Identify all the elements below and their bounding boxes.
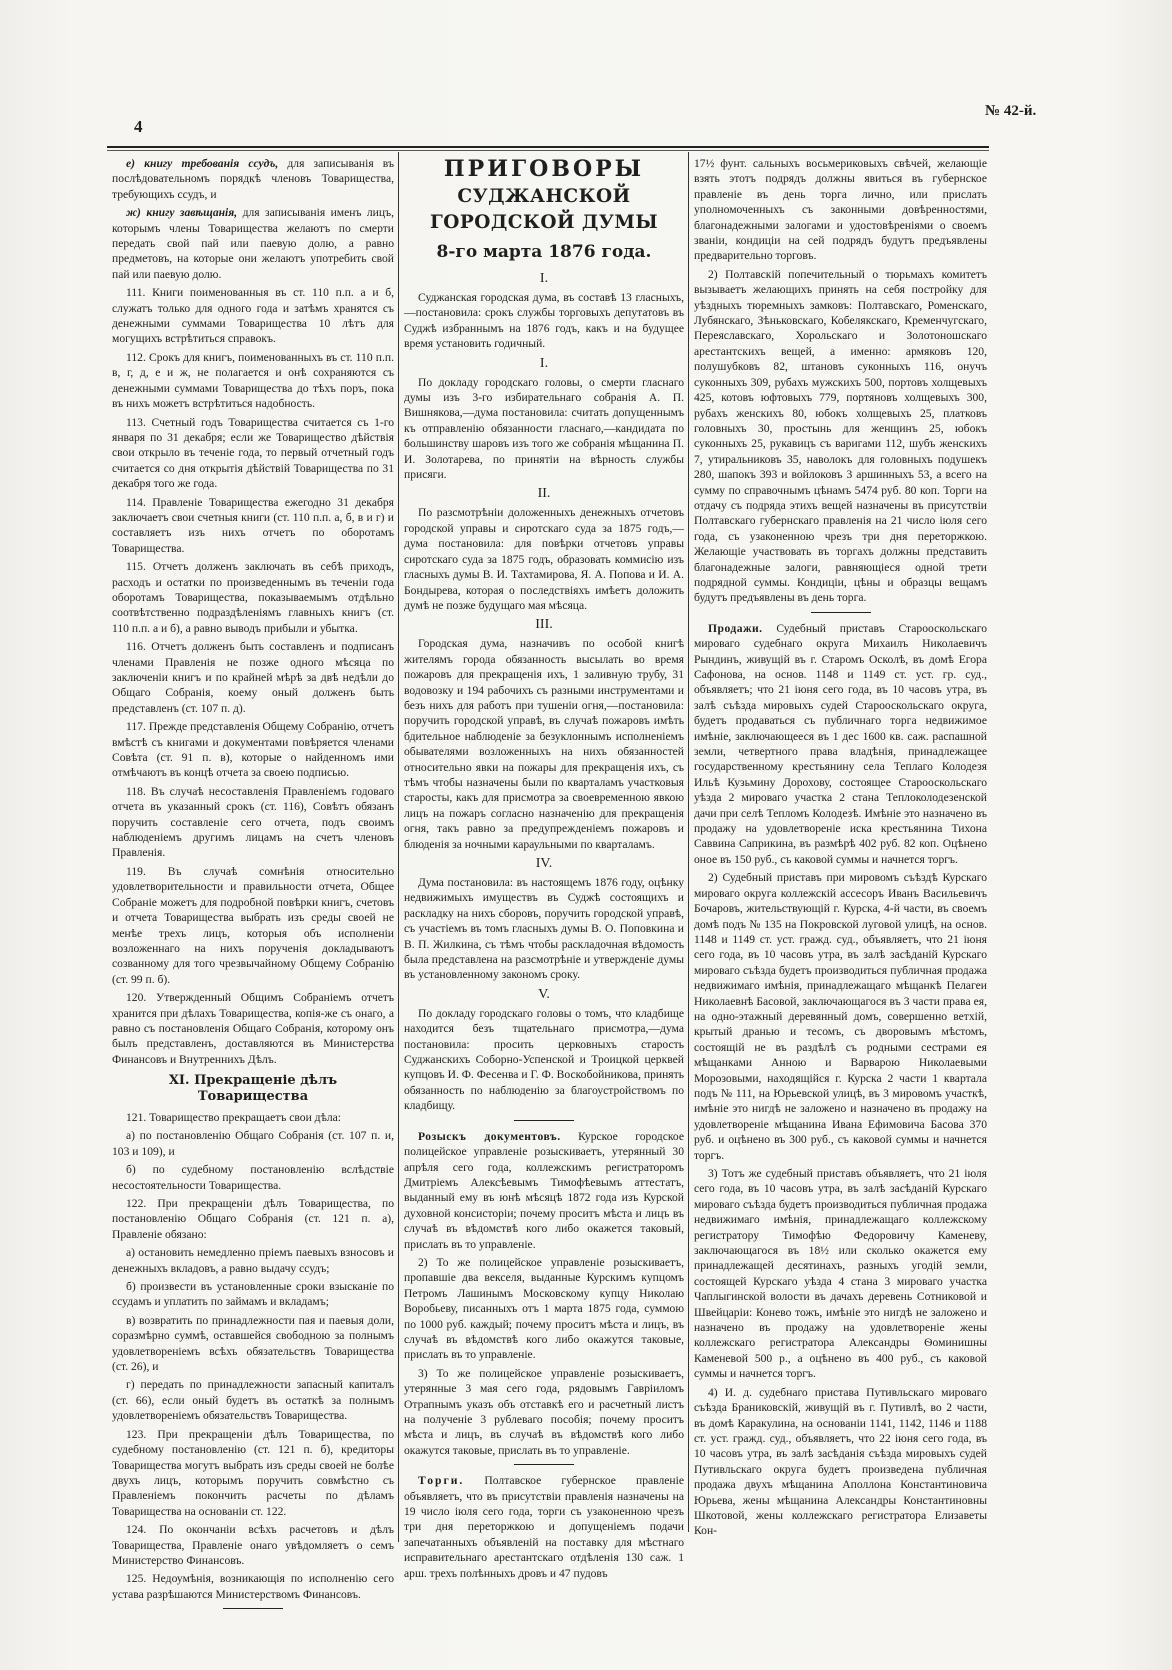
article-paragraph: е) книгу требованія ссудъ, для записыван… [112,156,394,202]
decision-paragraph: По разсмотрѣніи доложенныхъ денежныхъ от… [404,505,684,613]
decision-paragraph: Городская дума, назначивъ по особой книг… [404,636,684,852]
article-paragraph: 116. Отчетъ долженъ быть составленъ и по… [112,639,394,716]
paragraph-label: ж) книгу завѣщанія, [126,206,237,219]
paragraph-text: 118. Въ случаѣ несоставленія Правленіемъ… [112,785,394,860]
column-right-paragraphs: 17½ фунт. сальныхъ восьмериковыхъ свѣчей… [694,156,987,606]
column-left: е) книгу требованія ссудъ, для записыван… [112,156,394,1617]
paragraph-text: г) передать по принадлежности запасный к… [112,1378,394,1422]
decision-paragraph: По докладу городскаго головы о томъ, что… [404,1006,684,1114]
notice-lead: Продажи. [708,622,763,635]
paragraph-text: 3) То же полицейское управленіе розыскив… [404,1367,684,1457]
paragraph-text: 125. Недоумѣнія, возникающія по исполнен… [112,1572,394,1600]
article-paragraph: 125. Недоумѣнія, возникающія по исполнен… [112,1571,394,1602]
column-divider [398,152,399,1542]
end-rule [223,1608,283,1609]
section-heading: XI. Прекращеніе дѣлъ Товарищества [112,1073,394,1104]
sales-list: Продажи. Судебный приставъ Старооскольск… [694,621,987,1539]
sale-notice: Продажи. Судебный приставъ Старооскольск… [694,621,987,868]
torgi-text: Полтавское губернское правленіе объявляе… [404,1474,684,1579]
article-paragraph: г) передать по принадлежности запасный к… [112,1377,394,1423]
article-paragraph: ж) книгу завѣщанія, для записыванія имен… [112,205,394,282]
article-paragraph: 118. Въ случаѣ несоставленія Правленіемъ… [112,784,394,861]
section-numeral: III. [404,616,684,634]
torgi-lead: Торги. [418,1474,464,1487]
article-paragraph: а) по постановленію Общаго Собранія (ст.… [112,1128,394,1159]
article-paragraph: б) произвести въ установленные сроки взы… [112,1279,394,1310]
column-middle: ПРИГОВОРЫ СУДЖАНСКОЙ ГОРОДСКОЙ ДУМЫ 8-го… [404,156,684,1584]
header-rule-thin [107,150,989,151]
paragraph-text: 115. Отчетъ долженъ заключать въ себѣ пр… [112,560,394,635]
article-paragraph: 114. Правленіе Товарищества ежегодно 31 … [112,495,394,557]
article-paragraph: 115. Отчетъ долженъ заключать въ себѣ пр… [112,559,394,636]
paragraph-text: 117. Прежде представленія Общему Собрані… [112,720,394,779]
article-paragraph: а) остановить немедленно пріемъ паевыхъ … [112,1245,394,1276]
paragraph-text: 114. Правленіе Товарищества ежегодно 31 … [112,496,394,555]
paragraph-text: 3) Тотъ же судебный приставъ объявляетъ,… [694,1167,987,1380]
decision-paragraph: По докладу городскаго головы, о смерти г… [404,375,684,483]
paragraph-text: 17½ фунт. сальныхъ восьмериковыхъ свѣчей… [694,157,987,262]
paragraph-text: По разсмотрѣніи доложенныхъ денежныхъ от… [404,506,684,611]
article-paragraph: 124. По окончаніи всѣхъ расчетовъ и дѣлъ… [112,1522,394,1568]
page-number: 4 [134,117,143,137]
sale-notice: 3) Тотъ же судебный приставъ объявляетъ,… [694,1166,987,1382]
issue-number: № 42-й. [985,103,1036,120]
paragraph-text: 124. По окончаніи всѣхъ расчетовъ и дѣлъ… [112,1523,394,1567]
paragraph-text: б) по судебному постановленію вслѣдствіе… [112,1163,394,1191]
column-left-paragraphs: е) книгу требованія ссудъ, для записыван… [112,156,394,1067]
paragraph-text: 116. Отчетъ долженъ быть составленъ и по… [112,640,394,715]
paragraph-text: 122. При прекращеніи дѣлъ Товарищества, … [112,1197,394,1241]
header-rule [107,146,989,148]
column-divider [688,152,689,1532]
notice-paragraph: Розыскъ документовъ. Курское городское п… [404,1129,684,1252]
article-paragraph: 119. Въ случаѣ сомнѣнія относительно удо… [112,864,394,987]
article-paragraph: 123. При прекращеніи дѣлъ Товарищества, … [112,1427,394,1519]
paragraph-text: 4) И. д. судебнаго пристава Путивльскаго… [694,1386,987,1538]
paragraph-text: Дума постановила: въ настоящемъ 1876 год… [404,876,684,981]
paragraph-text: 2) Полтавскій попечительный о тюрьмахъ к… [694,268,987,605]
newspaper-page: 4 № 42-й. е) книгу требованія ссудъ, для… [0,0,1172,1670]
article-paragraph: 120. Утвержденный Общимъ Собраніемъ отче… [112,990,394,1067]
paragraph-label: е) книгу требованія ссудъ, [126,157,278,170]
decision-paragraph: Дума постановила: въ настоящемъ 1876 год… [404,875,684,983]
article-date: 8-го марта 1876 года. [404,240,684,264]
column-right: 17½ фунт. сальныхъ восьмериковыхъ свѣчей… [694,156,987,1542]
column-left-paragraphs-2: 121. Товарищество прекращаетъ свои дѣла:… [112,1110,394,1602]
article-title: ПРИГОВОРЫ [404,156,684,182]
article-paragraph: б) по судебному постановленію вслѣдствіе… [112,1162,394,1193]
paragraph-text: По докладу городскаго головы, о смерти г… [404,376,684,481]
section-numeral: I. [404,355,684,373]
paragraph-text: 120. Утвержденный Общимъ Собраніемъ отче… [112,991,394,1066]
article-subtitle: СУДЖАНСКОЙ ГОРОДСКОЙ ДУМЫ [404,184,684,236]
paragraph-text: 112. Срокъ для книгъ, поименованныхъ въ … [112,351,394,410]
notice-paragraph: 17½ фунт. сальныхъ восьмериковыхъ свѣчей… [694,156,987,264]
article-paragraph: 113. Счетный годъ Товарищества считается… [112,415,394,492]
paragraph-text: 111. Книги поименованныя въ ст. 110 п.п.… [112,286,394,345]
notice-paragraph: 2) То же полицейское управленіе розыскив… [404,1255,684,1363]
article-paragraph: 117. Прежде представленія Общему Собрані… [112,719,394,781]
paragraph-text: а) остановить немедленно пріемъ паевыхъ … [112,1246,394,1274]
divider-rule [514,1464,574,1465]
notice-paragraph: 3) То же полицейское управленіе розыскив… [404,1366,684,1458]
decision-paragraph: Суджанская городская дума, въ составѣ 13… [404,290,684,352]
section-numeral: IV. [404,855,684,873]
sale-notice: 4) И. д. судебнаго пристава Путивльскаго… [694,1385,987,1539]
notice-paragraph: 2) Полтавскій попечительный о тюрьмахъ к… [694,267,987,606]
notice-lead: Розыскъ документовъ. [418,1130,561,1143]
paragraph-text: 113. Счетный годъ Товарищества считается… [112,416,394,491]
paragraph-text: 119. Въ случаѣ сомнѣнія относительно удо… [112,865,394,986]
divider-rule [811,612,871,613]
paragraph-text: По докладу городскаго головы о томъ, что… [404,1007,684,1112]
article-paragraph: 121. Товарищество прекращаетъ свои дѣла: [112,1110,394,1125]
paragraph-text: Судебный приставъ Старооскольскаго миров… [694,622,987,866]
article-paragraph: 122. При прекращеніи дѣлъ Товарищества, … [112,1196,394,1242]
paragraph-text: 2) Судебный приставъ при мировомъ съѣздѣ… [694,871,987,1161]
decisions-list: I.Суджанская городская дума, въ составѣ … [404,270,684,1114]
section-numeral: I. [404,270,684,288]
section-numeral: II. [404,485,684,503]
notices-list: Розыскъ документовъ. Курское городское п… [404,1129,684,1459]
divider-rule [514,1120,574,1121]
paragraph-text: Суджанская городская дума, въ составѣ 13… [404,291,684,350]
paragraph-text: 123. При прекращеніи дѣлъ Товарищества, … [112,1428,394,1518]
paragraph-text: Курское городское полицейское управленіе… [404,1130,684,1251]
section-numeral: V. [404,986,684,1004]
torgi-notice: Торги. Полтавское губернское правленіе о… [404,1473,684,1581]
paragraph-text: а) по постановленію Общаго Собранія (ст.… [112,1129,394,1157]
paragraph-text: б) произвести въ установленные сроки взы… [112,1280,394,1308]
paragraph-text: Городская дума, назначивъ по особой книг… [404,637,684,850]
paragraph-text: 121. Товарищество прекращаетъ свои дѣла: [126,1111,341,1124]
article-paragraph: 111. Книги поименованныя въ ст. 110 п.п.… [112,285,394,347]
article-paragraph: 112. Срокъ для книгъ, поименованныхъ въ … [112,350,394,412]
paragraph-text: 2) То же полицейское управленіе розыскив… [404,1256,684,1361]
article-paragraph: в) возвратить по принадлежности пая и па… [112,1313,394,1375]
sale-notice: 2) Судебный приставъ при мировомъ съѣздѣ… [694,870,987,1163]
paragraph-text: в) возвратить по принадлежности пая и па… [112,1314,394,1373]
